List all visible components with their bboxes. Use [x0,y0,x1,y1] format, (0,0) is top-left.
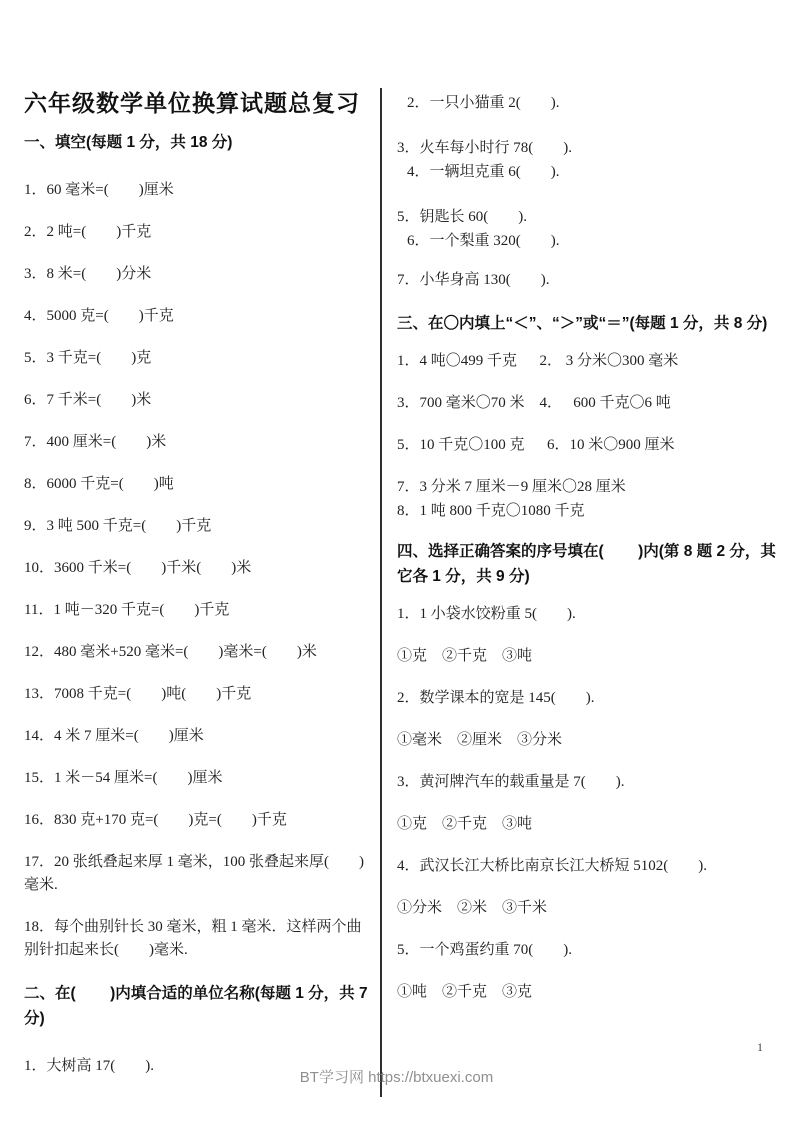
left-column: 六年级数学单位换算试题总复习 一、填空(每题 1 分，共 18 分) 1．60 … [24,88,380,1097]
section2-q6: 6．一个梨重 320( ). [397,230,785,253]
section3-row3: 5．10 千克〇100 克 6．10 米〇900 厘米 [397,434,785,457]
section1-q1: 1．60 毫米=( )厘米 [24,179,368,202]
section1-q10: 10．3600 千米=( )千米( )米 [24,557,368,580]
section1-q14: 14．4 米 7 厘米=( )厘米 [24,725,368,748]
two-column-layout: 六年级数学单位换算试题总复习 一、填空(每题 1 分，共 18 分) 1．60 … [24,88,785,1097]
section4-q3-options: ①克 ②千克 ③吨 [397,813,785,836]
section4-q5: 5．一个鸡蛋约重 70( ). [397,939,785,962]
section3-row2: 3．700 毫米〇70 米 4． 600 千克〇6 吨 [397,392,785,415]
section4-q5-options: ①吨 ②千克 ③克 [397,981,785,1004]
watermark-footer: BT学习网 https://btxuexi.com [0,1066,793,1087]
worksheet-page: 六年级数学单位换算试题总复习 一、填空(每题 1 分，共 18 分) 1．60 … [0,0,793,1122]
page-title: 六年级数学单位换算试题总复习 [24,88,368,118]
section1-q4: 4．5000 克=( )千克 [24,305,368,328]
right-column: 2．一只小猫重 2( ). 3．火车每小时行 78( ). 4．一辆坦克重 6(… [380,88,785,1097]
section1-q15: 15．1 米－54 厘米=( )厘米 [24,767,368,790]
section4-q3: 3．黄河牌汽车的载重量是 7( ). [397,771,785,794]
section4-q1: 1．1 小袋水饺粉重 5( ). [397,603,785,626]
section1-q2: 2．2 吨=( )千克 [24,221,368,244]
section4-q4: 4．武汉长江大桥比南京长江大桥短 5102( ). [397,855,785,878]
section4-q1-options: ①克 ②千克 ③吨 [397,645,785,668]
section3-heading: 三、在〇内填上“＜”、“＞”或“＝”(每题 1 分，共 8 分) [397,311,785,336]
section2-heading: 二、在( )内填合适的单位名称(每题 1 分，共 7 分) [24,981,368,1031]
section1-q11: 11．1 吨－320 千克=( )千克 [24,599,368,622]
section1-q6: 6．7 千米=( )米 [24,389,368,412]
section2-q4: 4．一辆坦克重 6( ). [397,161,785,184]
section4-q2: 2．数学课本的宽是 145( ). [397,687,785,710]
section1-q3: 3．8 米=( )分米 [24,263,368,286]
section2-q5: 5．钥匙长 60( ). [397,206,785,229]
section3-row4: 7．3 分米 7 厘米－9 厘米〇28 厘米 [397,476,785,499]
section1-heading: 一、填空(每题 1 分，共 18 分) [24,130,368,155]
section4-q4-options: ①分米 ②米 ③千米 [397,897,785,920]
page-number: 1 [757,1040,763,1055]
section1-q16: 16．830 克+170 克=( )克=( )千克 [24,809,368,832]
section1-q17: 17．20 张纸叠起来厚 1 毫米，100 张叠起来厚( )毫米. [24,851,368,897]
section3-row5: 8．1 吨 800 千克〇1080 千克 [397,500,785,523]
section1-q18: 18．每个曲别针长 30 毫米，粗 1 毫米．这样两个曲别针扣起来长( )毫米. [24,916,368,962]
section1-q9: 9．3 吨 500 千克=( )千克 [24,515,368,538]
section1-q13: 13．7008 千克=( )吨( )千克 [24,683,368,706]
section1-q5: 5．3 千克=( )克 [24,347,368,370]
section2-q2: 2．一只小猫重 2( ). [397,92,785,115]
section3-row1: 1．4 吨〇499 千克 2． 3 分米〇300 毫米 [397,350,785,373]
section1-q7: 7．400 厘米=( )米 [24,431,368,454]
section2-q3: 3．火车每小时行 78( ). [397,137,785,160]
section1-q12: 12．480 毫米+520 毫米=( )毫米=( )米 [24,641,368,664]
section4-heading: 四、选择正确答案的序号填在( )内(第 8 题 2 分，其它各 1 分，共 9 … [397,539,785,589]
section2-q7: 7．小华身高 130( ). [397,269,785,292]
section1-q8: 8．6000 千克=( )吨 [24,473,368,496]
section4-q2-options: ①毫米 ②厘米 ③分米 [397,729,785,752]
